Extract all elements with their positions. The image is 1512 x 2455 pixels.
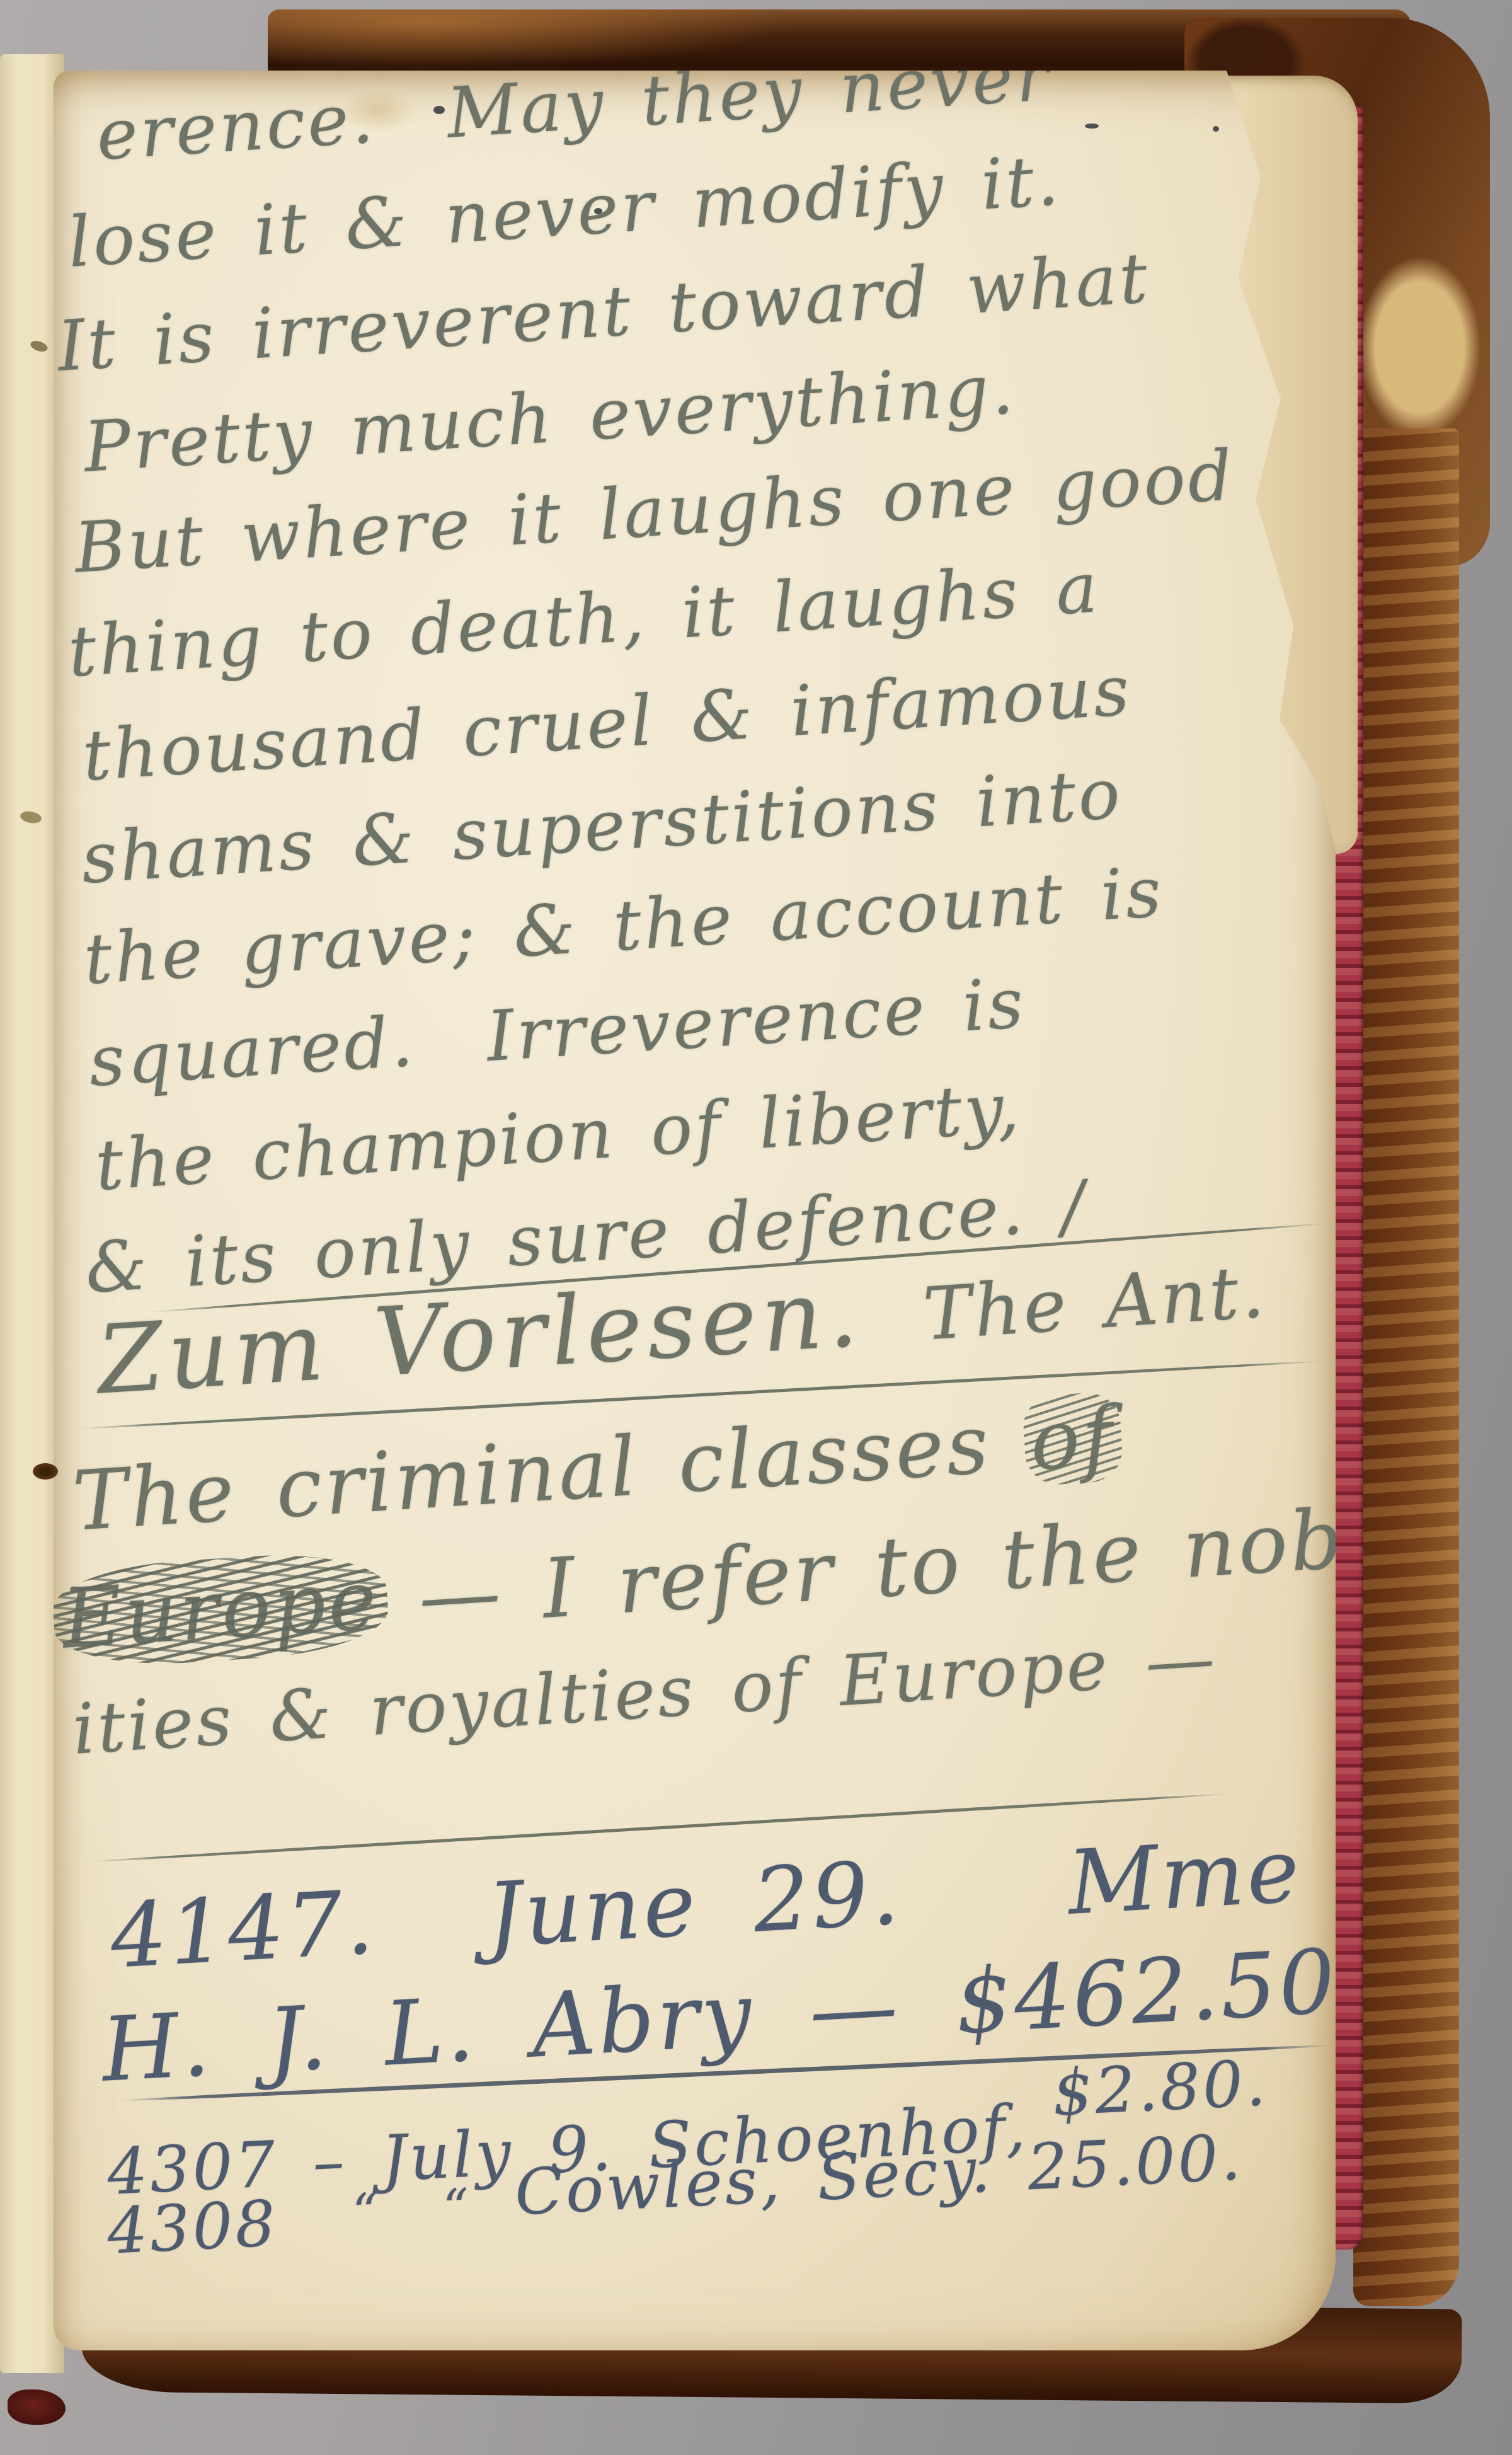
binding-stitch-hole	[33, 1463, 58, 1480]
photo-background: erence. May they never lose it & never m…	[0, 0, 1512, 2455]
ledger-amount: $2.80.	[1051, 2052, 1269, 2125]
scratched-word: Europe	[60, 1558, 381, 1660]
ink-blot	[1213, 126, 1219, 132]
leather-cover-right-edge	[1353, 428, 1459, 2306]
ledger-entry-number: 4308	[106, 2187, 280, 2268]
ink-blot	[1085, 124, 1099, 129]
notebook-page: erence. May they never lose it & never m…	[54, 71, 1336, 2350]
heading-topic: The Ant.	[921, 1256, 1269, 1352]
scratched-word: of	[1028, 1395, 1117, 1482]
leather-cover-chip	[8, 2389, 66, 2425]
ditto-marks: “ “	[352, 2182, 472, 2238]
